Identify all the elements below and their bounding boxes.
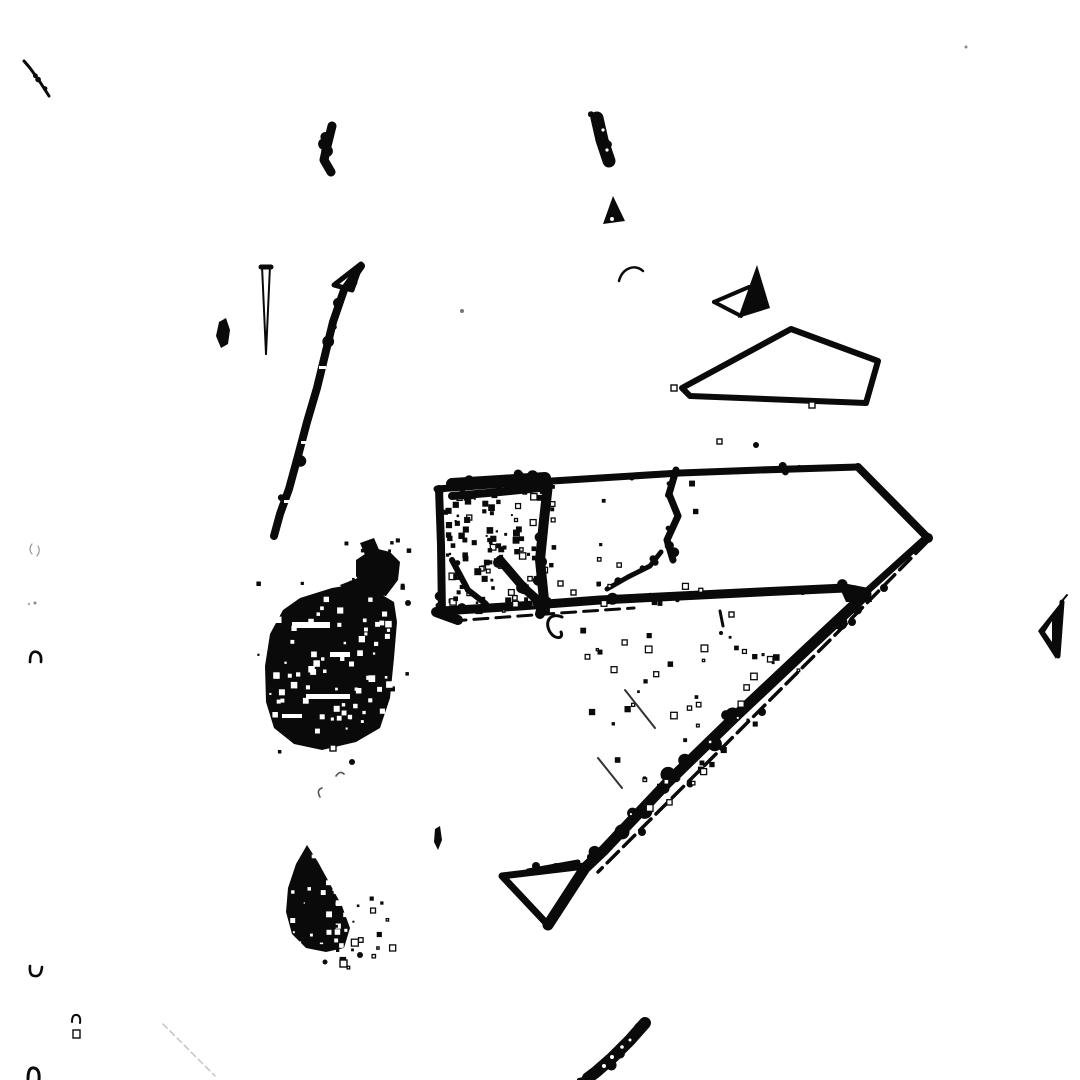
dense-blob-detached-dot-2 <box>349 759 355 765</box>
bottom-stroke-pinhole-4 <box>629 1039 632 1042</box>
pentagon-outline <box>682 329 878 403</box>
left-edge-n-mark <box>30 652 41 662</box>
bottomleft-faint-diagonal <box>163 1024 215 1076</box>
under-edge-dash-dot <box>719 631 723 635</box>
right-edge-arrow-tip <box>1062 595 1067 601</box>
top-middle-stroke-pinhole-2 <box>605 148 608 151</box>
inner-diagonal-band <box>548 594 866 925</box>
dense-blob-white-streak-3 <box>330 652 350 657</box>
left-edge-faint-dot-1 <box>28 603 30 605</box>
small-comma-stroke <box>318 126 333 172</box>
thin-curl-stroke <box>619 267 643 281</box>
binarized-image <box>0 0 1080 1080</box>
left-n-small-mark <box>72 1015 80 1023</box>
under-edge-speck-2 <box>571 590 576 595</box>
bottom-middle-stroke <box>587 1023 645 1080</box>
band-bridge-5 <box>638 828 646 836</box>
dense-blob-detached-dot-1 <box>405 600 411 606</box>
above-band-dot <box>753 442 759 448</box>
small-solid-blob <box>216 318 230 348</box>
band-bridge-3 <box>758 708 766 716</box>
bottom-triangle-clump-1 <box>551 863 561 873</box>
dense-blob-hollow-speck <box>330 745 336 751</box>
bottomleft-scatter-dot-2 <box>340 960 347 967</box>
arrow-lower-right-edge <box>866 537 927 592</box>
top-left-diagonal-stroke <box>24 61 49 96</box>
under-edge-hollow-speck <box>729 612 734 617</box>
tiny-squiggle-gamma <box>336 772 344 776</box>
bottomleft-scatter-dot-3 <box>357 952 363 958</box>
strip-left-edge <box>435 489 444 617</box>
top-middle-thick-stroke <box>588 111 612 161</box>
top-right-faint-dot <box>965 46 968 49</box>
bottom-stroke-pinhole-2 <box>620 1045 624 1049</box>
left-a-small-mark <box>73 1030 80 1038</box>
bottom-triangle-clump-2 <box>532 862 540 870</box>
band-bridge-1 <box>880 584 888 592</box>
left-edge-u-mark <box>30 966 42 976</box>
band-bridge-2 <box>848 618 856 626</box>
under-edge-dash <box>720 611 723 626</box>
pentagon-speck-left <box>671 385 677 391</box>
left-edge-faint-dot-2 <box>34 602 37 605</box>
bottom-left-n-mark <box>28 1068 39 1080</box>
diagonal-gap-3 <box>284 500 290 503</box>
above-band-hollow-speck <box>717 439 722 444</box>
small-vertical-dash <box>434 826 442 850</box>
bottom-stroke-pinhole-3 <box>602 1064 606 1068</box>
pentagon-speck-bottom <box>809 402 815 408</box>
left-edge-faint-paren-1 <box>30 544 32 554</box>
bottomleft-scatter-dot-1 <box>323 960 328 965</box>
strip-bottom-edge <box>442 579 868 613</box>
binarized-image-canvas <box>0 0 1080 1080</box>
bottomleft-cone-solid <box>286 845 350 952</box>
left-edge-faint-paren-2 <box>37 546 39 556</box>
dense-blob-white-streak-2 <box>306 694 350 699</box>
dense-blob-white-streak-4 <box>282 714 302 718</box>
cursor-arrow-line-upper <box>714 287 749 302</box>
strip-middle-cluster <box>607 552 661 589</box>
small-solid-triangle <box>603 196 625 224</box>
arrow-upper-right-edge <box>858 467 927 537</box>
bottom-stroke-pinhole-1 <box>610 1055 614 1059</box>
under-edge-speck-1 <box>558 581 563 586</box>
needle-outline-right <box>266 266 270 354</box>
diagonal-gap-1 <box>319 366 326 369</box>
tiny-squiggle-rho <box>318 788 322 797</box>
top-middle-stroke-pinhole-1 <box>601 128 604 131</box>
cursor-arrow-line-lower <box>714 302 741 316</box>
under-edge-curl <box>548 616 562 638</box>
dense-blob-white-streak-1 <box>292 622 330 628</box>
strip-middle-meander <box>665 470 679 560</box>
needle-outline-left <box>262 266 266 354</box>
long-dotted-diagonal <box>274 266 361 536</box>
diagonal-gap-2 <box>301 441 308 444</box>
small-triangle-pinhole <box>610 217 614 221</box>
faint-dot-left-of-strip <box>460 309 464 313</box>
